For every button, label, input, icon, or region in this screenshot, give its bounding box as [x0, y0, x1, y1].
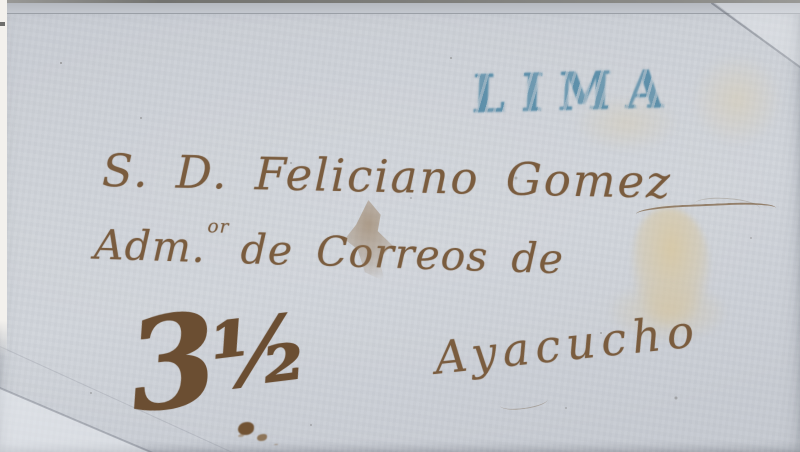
rate-fraction: ½ [205, 292, 313, 411]
postal-cover-scan: LIMA S. D. Feliciano Gomez Adm.orde Corr… [0, 0, 800, 452]
letter-paper: LIMA S. D. Feliciano Gomez Adm.orde Corr… [0, 2, 800, 452]
address-recipient-line: S. D. Feliciano Gomez [102, 148, 673, 205]
title-prefix: Adm. [93, 221, 206, 272]
top-fold-crease [0, 2, 800, 14]
paper-specks [60, 62, 62, 64]
scan-top-edge-line [0, 0, 800, 3]
left-edge-mark [0, 22, 5, 26]
postmark-text: LIMA [471, 59, 680, 125]
scanner-background-strip [0, 0, 7, 356]
lima-postmark: LIMA [471, 63, 680, 120]
title-rest: de Correos de [240, 225, 565, 283]
rate-marking: 3½ [121, 284, 315, 431]
title-superscript: or [207, 216, 230, 238]
